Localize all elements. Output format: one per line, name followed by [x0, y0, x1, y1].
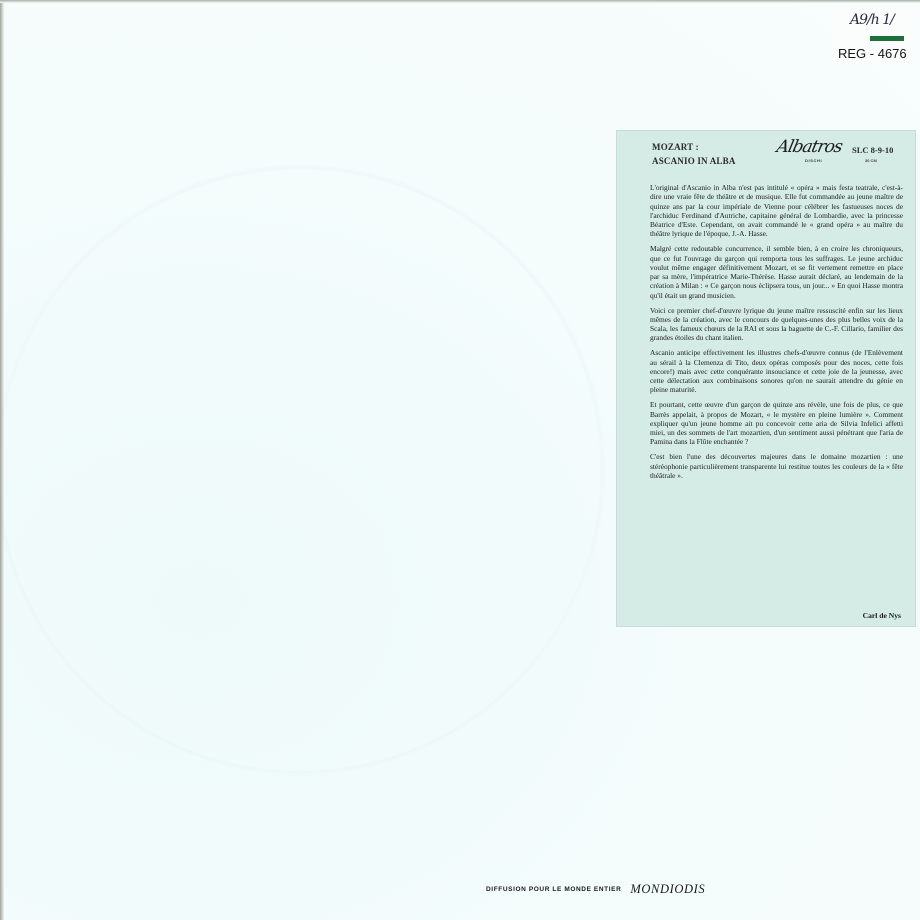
green-marker-stroke [870, 36, 904, 41]
distribution-text: DIFFUSION POUR LE MONDE ENTIER [486, 886, 621, 893]
inventory-sticker: A9/h 1/ REG - 4676 [832, 6, 916, 64]
sleeve-top-edge [0, 0, 920, 3]
signature-area: Carl de Nys [617, 131, 915, 626]
liner-notes-label: MOZART : ASCANIO IN ALBA Albatros DISCHI… [617, 131, 915, 626]
distributor-name: MONDIODIS [630, 882, 705, 896]
handwritten-note: A9/h 1/ [850, 12, 894, 28]
author-signature: Carl de Nys [863, 611, 901, 620]
distribution-line: DIFFUSION POUR LE MONDE ENTIER MONDIODIS [486, 880, 705, 898]
registration-number: REG - 4676 [838, 46, 907, 61]
sleeve-left-edge [0, 0, 4, 920]
